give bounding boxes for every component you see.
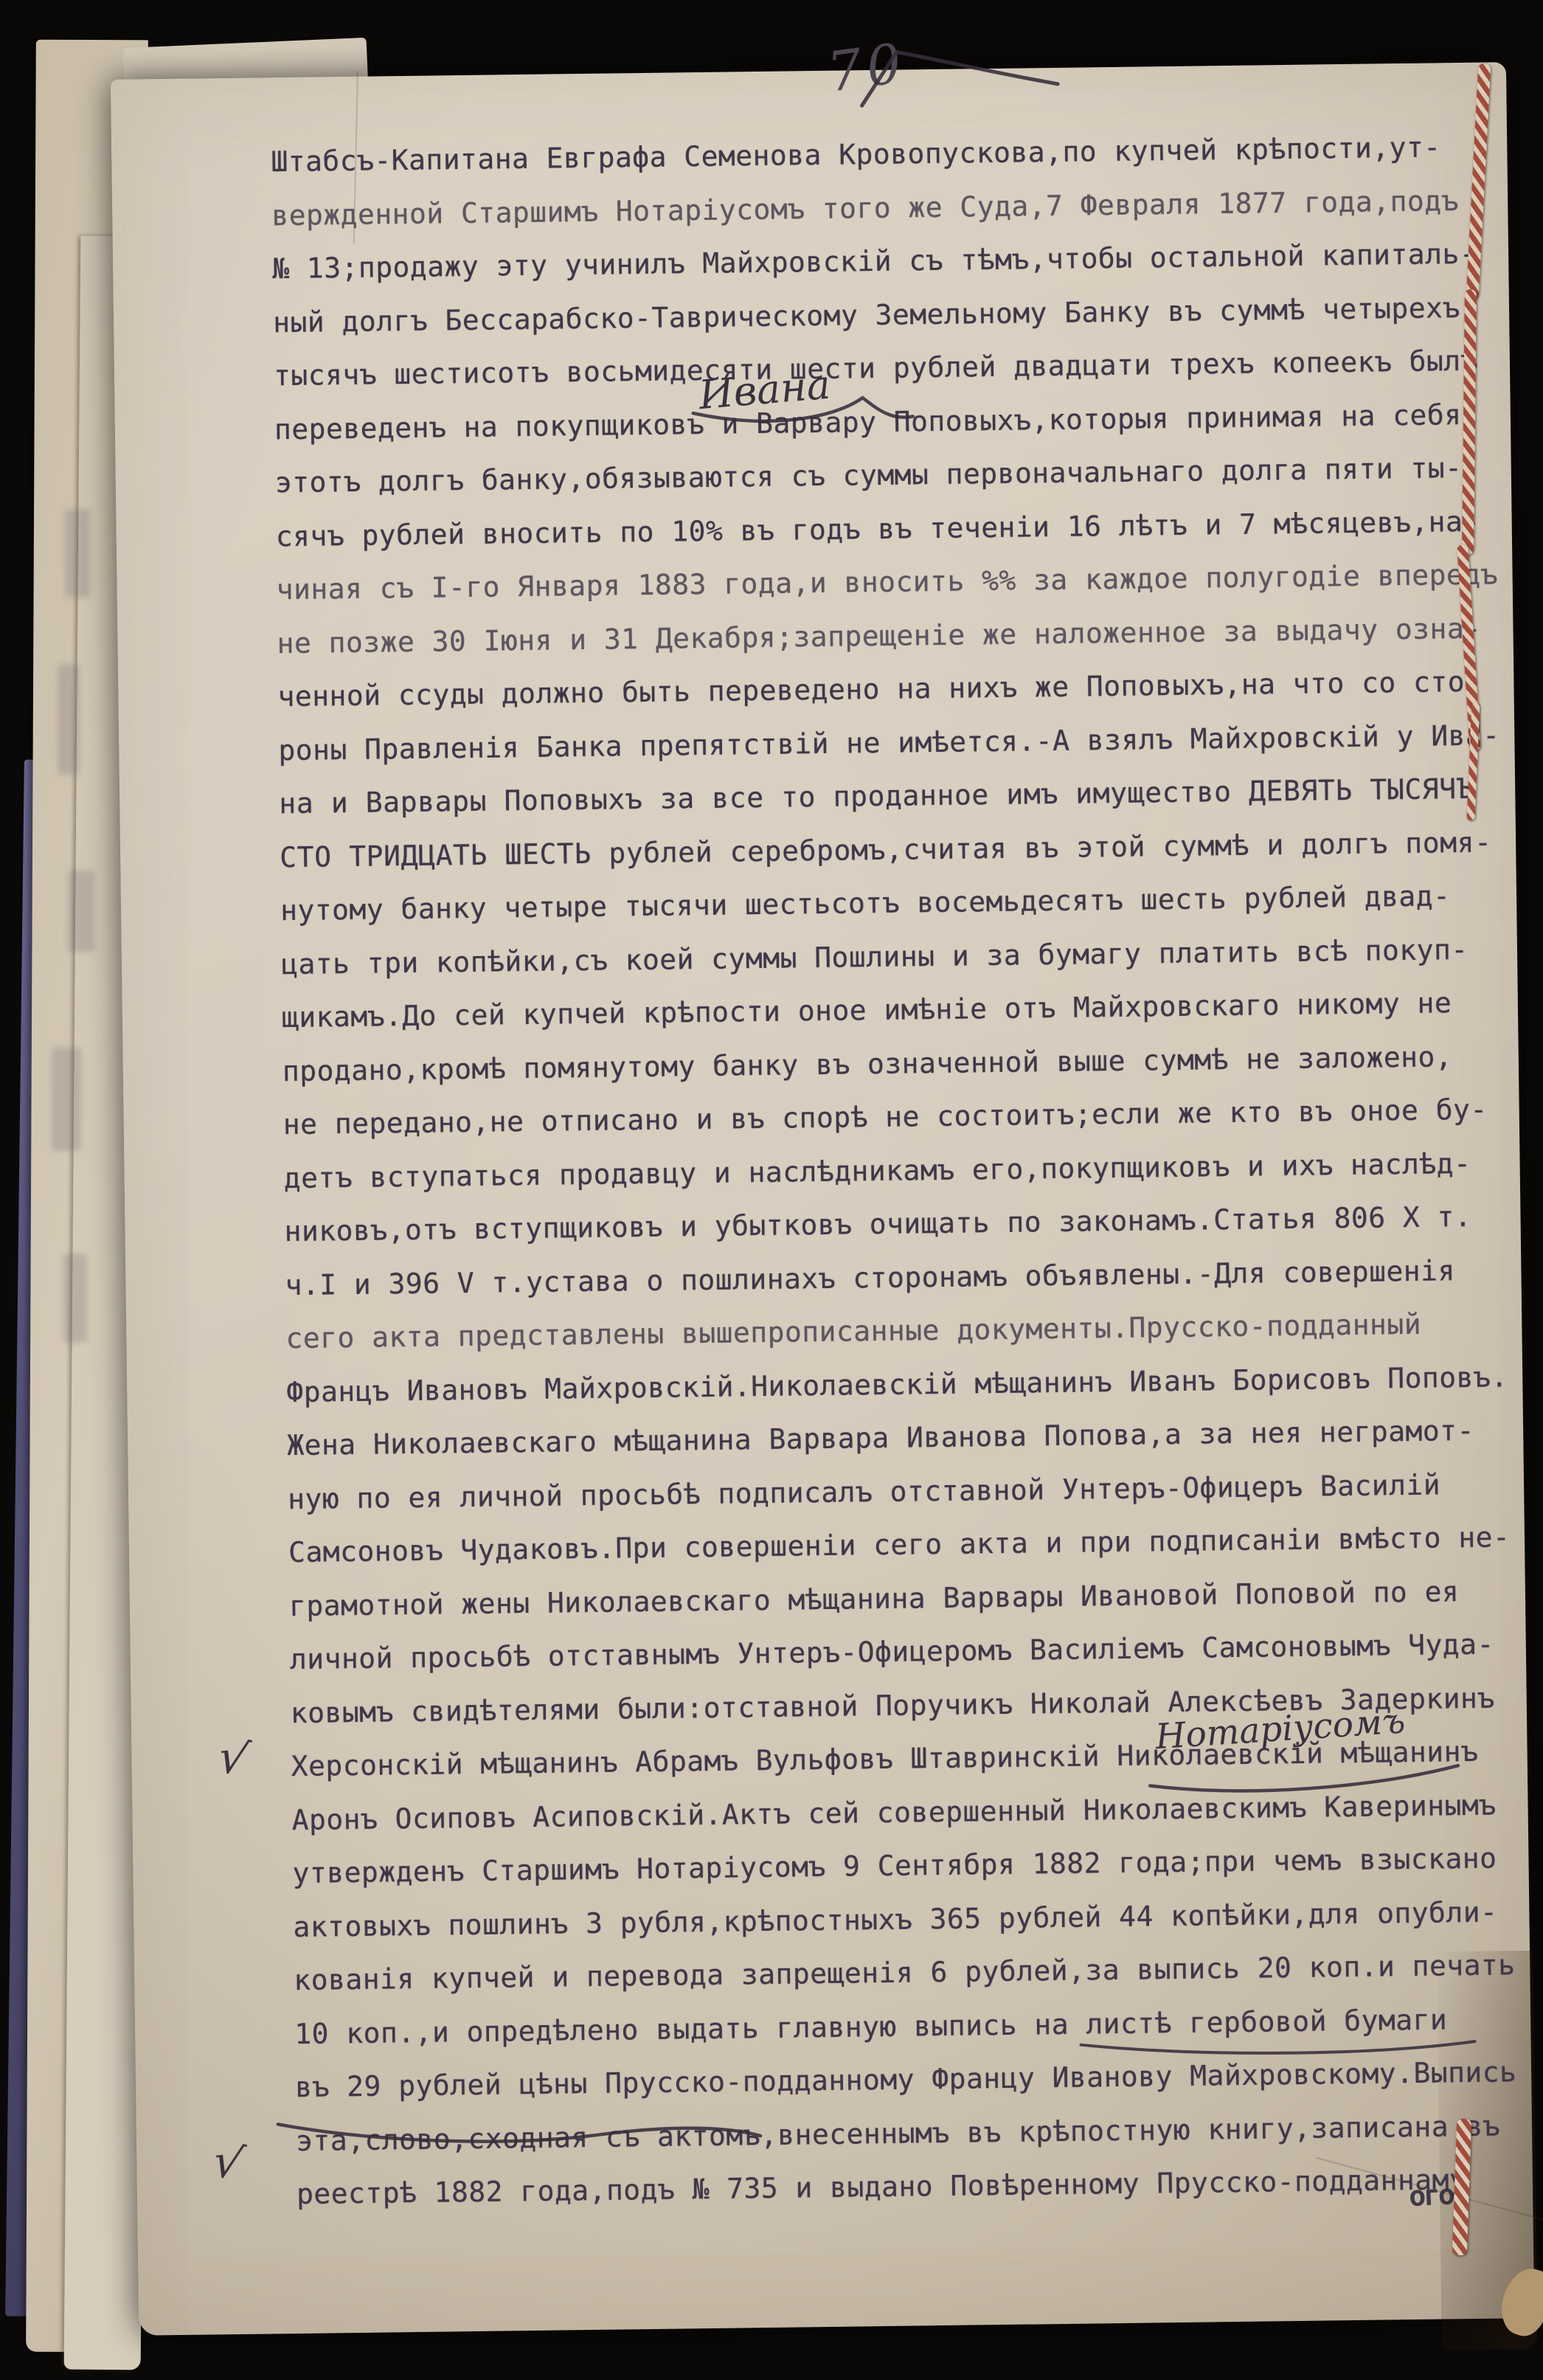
page-number-pen-stroke <box>818 26 1085 125</box>
margin-checkmark-top: √ <box>213 1729 254 1788</box>
typed-overstrike-correction: ого <box>1408 2178 1454 2213</box>
ink-underline-v-29-rubley <box>272 2102 774 2156</box>
scanned-document-photo: 70 Штабсъ-Капитана Евграфа Семенова Кров… <box>0 0 1543 2380</box>
bleedthrough-smudge <box>52 1048 81 1151</box>
margin-checkmark-bottom: √ <box>208 2133 249 2192</box>
ink-underline-gerbovoy-bumagi <box>1073 2022 1487 2069</box>
bleedthrough-smudge <box>58 664 80 775</box>
ink-flourish-notariusom <box>1140 1751 1472 1807</box>
document-page: 70 Штабсъ-Капитана Евграфа Семенова Кров… <box>111 62 1534 2336</box>
bleedthrough-smudge <box>68 871 94 952</box>
bleedthrough-smudge <box>63 1254 87 1343</box>
ink-flourish-ivana <box>682 378 926 440</box>
bleedthrough-smudge <box>65 509 90 598</box>
